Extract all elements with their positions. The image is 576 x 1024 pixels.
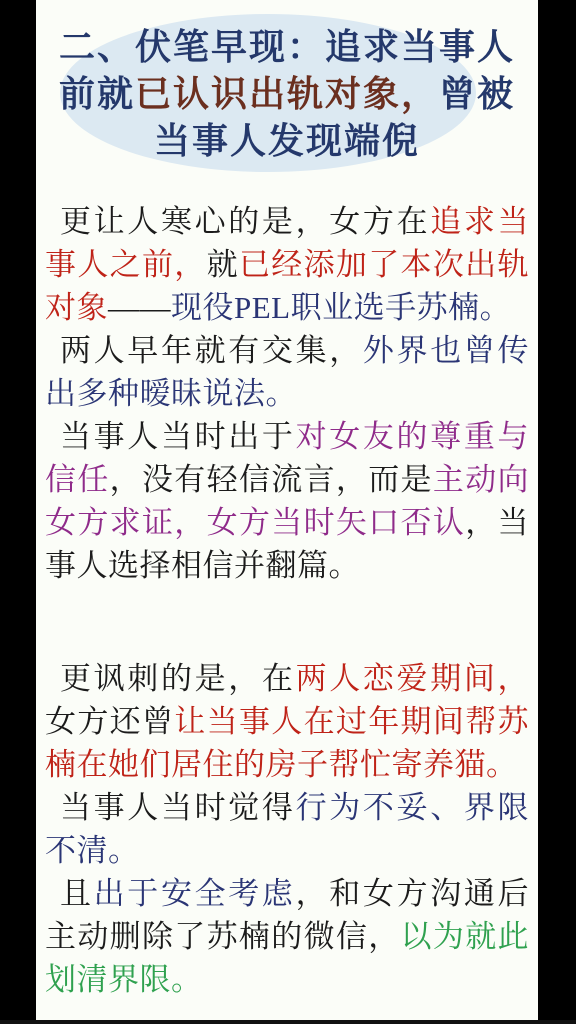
video-frame: 二、伏笔早现：追求当事人前就已认识出轨对象，曾被当事人发现端倪 更让人寒心的是，… — [0, 0, 576, 1024]
paragraph-text-run: 出于安全考虑 — [94, 876, 296, 911]
paragraph-text-run: —— — [108, 290, 171, 325]
title-text-run: 前就 — [59, 74, 135, 115]
paragraph: 当事人当时出于对女友的尊重与信任，没有轻信流言，而是主动向女方求证，女方当时矢口… — [45, 415, 529, 587]
paragraph-text-run: 更让人寒心的是，女方在 — [60, 204, 430, 239]
paragraph-text-run: 且 — [60, 876, 94, 911]
paragraph-text-run: 当事人当时出于 — [60, 419, 296, 454]
paragraph-text-run: ，没有轻信流言，而是 — [110, 462, 433, 497]
left-black-bar — [0, 0, 36, 1024]
paragraph-text-run: 现役PEL职业选手苏楠。 — [171, 290, 511, 325]
article-body: 更让人寒心的是，女方在追求当事人之前，就已经添加了本次出轨对象——现役PEL职业… — [36, 200, 538, 1001]
paragraph: 更讽刺的是，在两人恋爱期间，女方还曾让当事人在过年期间帮苏楠在她们居住的房子帮忙… — [45, 657, 529, 786]
page-title: 二、伏笔早现：追求当事人前就已认识出轨对象，曾被当事人发现端倪 — [36, 0, 538, 165]
title-line: 当事人发现端倪 — [36, 118, 538, 165]
content-area: 二、伏笔早现：追求当事人前就已认识出轨对象，曾被当事人发现端倪 更让人寒心的是，… — [36, 0, 538, 1024]
title-text-run: 当事人发现端倪 — [154, 121, 420, 162]
paragraph-text-run: 就 — [207, 247, 239, 282]
paragraph: 当事人当时觉得行为不妥、界限不清。 — [45, 786, 529, 872]
paragraph-text-run: 女方还曾 — [45, 704, 174, 739]
title-text-run: 曾被 — [439, 74, 515, 115]
title-line: 二、伏笔早现：追求当事人 — [36, 24, 538, 71]
right-black-bar — [538, 0, 576, 1024]
paragraph-text-run: 两人恋爱期间， — [296, 661, 529, 696]
title-text-run: 已认识出轨对象， — [135, 74, 439, 115]
paragraph-text-run: 两人早年就有交集， — [60, 333, 363, 368]
paragraph-text-run: 更讽刺的是，在 — [60, 661, 296, 696]
title-block: 二、伏笔早现：追求当事人前就已认识出轨对象，曾被当事人发现端倪 — [36, 0, 538, 178]
title-line: 前就已认识出轨对象，曾被 — [36, 71, 538, 118]
paragraph: 两人早年就有交集，外界也曾传出多种暧昧说法。 — [45, 329, 529, 415]
paragraph: 且出于安全考虑，和女方沟通后主动删除了苏楠的微信，以为就此划清界限。 — [45, 872, 529, 1001]
title-text-run: 二、伏笔早现：追求当事人 — [59, 27, 515, 68]
paragraph: 更让人寒心的是，女方在追求当事人之前，就已经添加了本次出轨对象——现役PEL职业… — [45, 200, 529, 329]
bottom-edge-strip — [0, 1020, 576, 1024]
paragraph-text-run: 当事人当时觉得 — [60, 790, 296, 825]
